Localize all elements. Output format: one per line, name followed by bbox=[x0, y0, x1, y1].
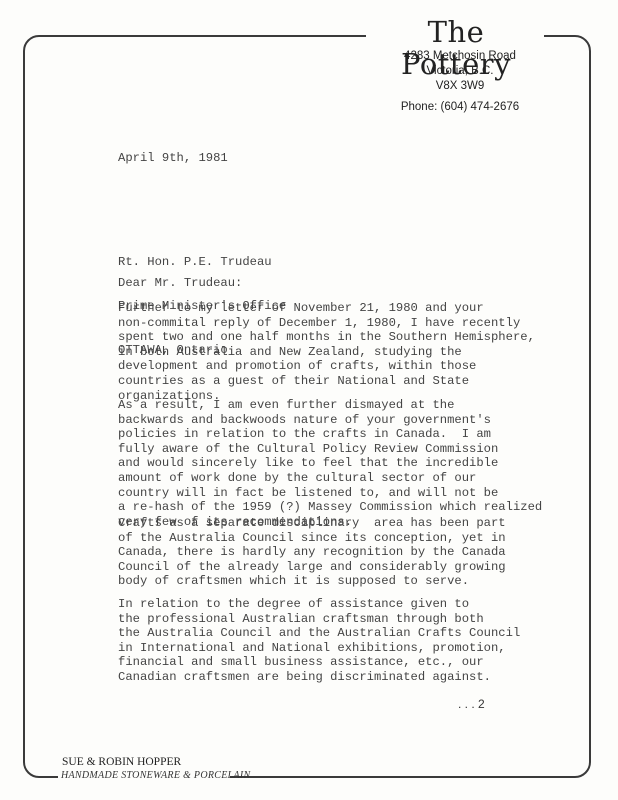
footer-names: SUE & ROBIN HOPPER bbox=[62, 756, 181, 768]
letter-date: April 9th, 1981 bbox=[118, 151, 228, 166]
paragraph: As a result, I am even further dismayed … bbox=[118, 398, 542, 529]
address-line1: 4283 Metchosin Road bbox=[380, 49, 540, 64]
address-line2: Victoria, B.C. bbox=[380, 64, 540, 79]
paragraph: Further to my letter of November 21, 198… bbox=[118, 301, 535, 403]
recipient-name: Rt. Hon. P.E. Trudeau bbox=[118, 255, 286, 270]
salutation: Dear Mr. Trudeau: bbox=[118, 276, 242, 291]
phone-number: Phone: (604) 474-2676 bbox=[380, 100, 540, 115]
postal-code: V8X 3W9 bbox=[380, 79, 540, 94]
page-continuation: . . . 2 bbox=[458, 697, 485, 711]
business-address: 4283 Metchosin Road Victoria, B.C. V8X 3… bbox=[380, 49, 540, 115]
paragraph: Crafts as a separate disciplinary area h… bbox=[118, 516, 506, 589]
footer-tagline: HANDMADE STONEWARE & PORCELAIN bbox=[61, 770, 251, 781]
paragraph: In relation to the degree of assistance … bbox=[118, 597, 520, 685]
